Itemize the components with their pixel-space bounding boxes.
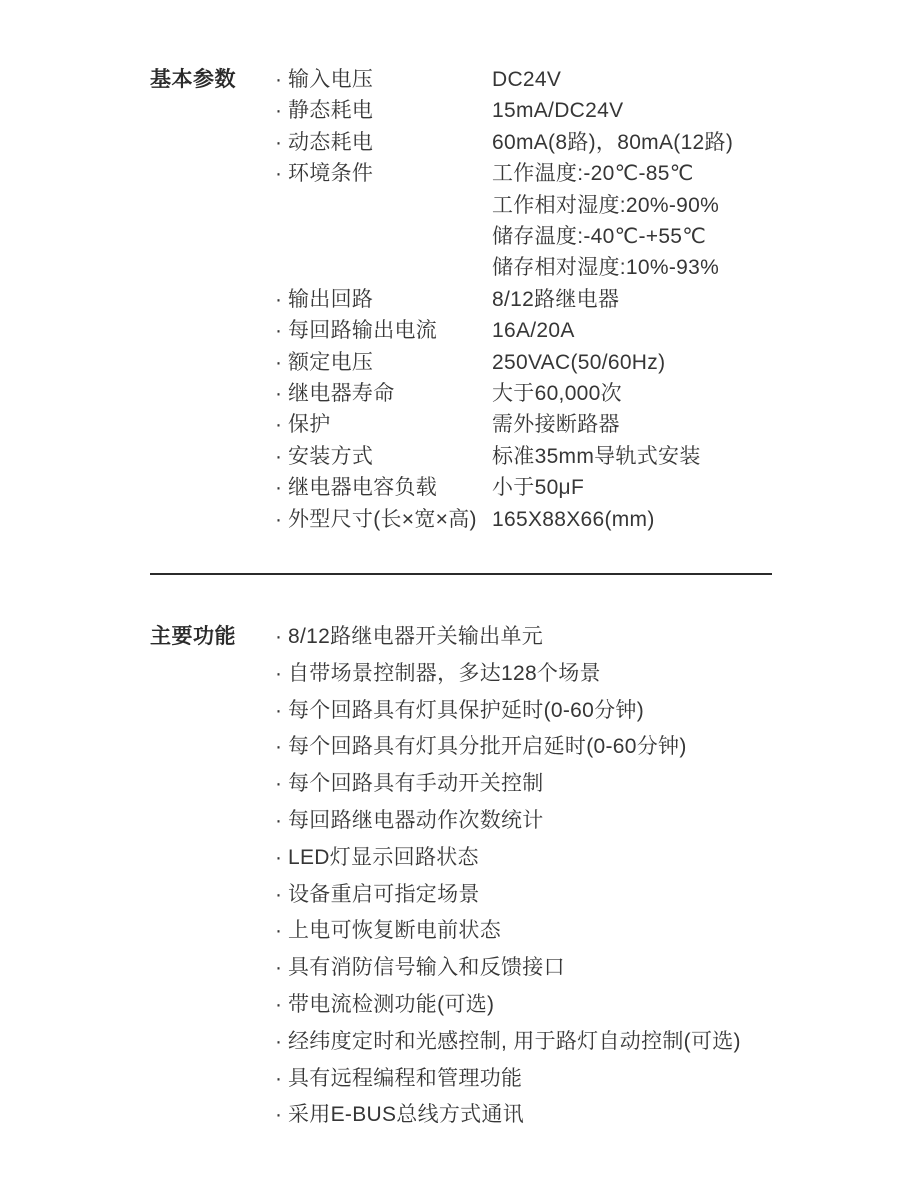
param-label: ·环境条件 <box>275 158 492 189</box>
spec-sheet-page: 基本参数 ·输入电压DC24V·静态耗电15mA/DC24V·动态耗电60mA(… <box>0 0 920 1200</box>
bullet-dot: · <box>275 619 288 656</box>
param-label-text: 动态耗电 <box>288 127 373 158</box>
bullet-dot: · <box>275 656 288 693</box>
feature-text: 带电流检测功能(可选) <box>288 987 494 1024</box>
feature-item: ·经纬度定时和光感控制, 用于路灯自动控制(可选) <box>275 1024 741 1061</box>
section-basic-params: 基本参数 ·输入电压DC24V·静态耗电15mA/DC24V·动态耗电60mA(… <box>150 64 733 535</box>
param-label: ·额定电压 <box>275 347 492 378</box>
feature-text: 具有远程编程和管理功能 <box>288 1061 522 1098</box>
param-label: ·输入电压 <box>275 64 492 95</box>
bullet-dot: · <box>275 1061 288 1098</box>
param-value-line: 标准35mm导轨式安装 <box>492 441 733 472</box>
param-label-text: 环境条件 <box>288 158 373 189</box>
param-value-line: 储存相对湿度:10%-93% <box>492 252 733 283</box>
param-value-line: DC24V <box>492 64 733 95</box>
param-value-line: 工作相对湿度:20%-90% <box>492 190 733 221</box>
param-value: 需外接断路器 <box>492 409 733 440</box>
param-value-line: 小于50μF <box>492 472 733 503</box>
param-row: ·输出回路8/12路继电器 <box>275 284 733 315</box>
bullet-dot: · <box>275 1024 288 1061</box>
bullet-dot: · <box>275 766 288 803</box>
feature-item: ·具有远程编程和管理功能 <box>275 1061 741 1098</box>
main-functions-title: 主要功能 <box>150 619 275 656</box>
param-row: ·动态耗电60mA(8路)，80mA(12路) <box>275 127 733 158</box>
feature-item: ·每个回路具有灯具保护延时(0-60分钟) <box>275 693 741 730</box>
bullet-dot: · <box>275 803 288 840</box>
param-row: ·安装方式标准35mm导轨式安装 <box>275 441 733 472</box>
param-label-text: 输入电压 <box>288 64 373 95</box>
feature-text: 采用E-BUS总线方式通讯 <box>288 1097 524 1134</box>
param-label: ·继电器电容负载 <box>275 472 492 503</box>
bullet-dot: · <box>275 840 288 877</box>
feature-text: LED灯显示回路状态 <box>288 840 479 877</box>
param-label-text: 继电器寿命 <box>288 378 395 409</box>
param-label: ·保护 <box>275 409 492 440</box>
bullet-dot: · <box>275 472 288 503</box>
section-divider <box>150 573 772 575</box>
param-label: ·每回路输出电流 <box>275 315 492 346</box>
param-value-line: 大于60,000次 <box>492 378 733 409</box>
basic-params-title: 基本参数 <box>150 64 275 95</box>
param-value: 工作温度:-20℃-85℃工作相对湿度:20%-90%储存温度:-40℃-+55… <box>492 158 733 284</box>
param-value: 大于60,000次 <box>492 378 733 409</box>
param-label-text: 安装方式 <box>288 441 373 472</box>
bullet-dot: · <box>275 378 288 409</box>
param-label: ·静态耗电 <box>275 95 492 126</box>
param-value: DC24V <box>492 64 733 95</box>
feature-item: ·带电流检测功能(可选) <box>275 987 741 1024</box>
param-value-line: 250VAC(50/60Hz) <box>492 347 733 378</box>
param-table: ·输入电压DC24V·静态耗电15mA/DC24V·动态耗电60mA(8路)，8… <box>275 64 733 535</box>
feature-item: ·每个回路具有手动开关控制 <box>275 766 741 803</box>
param-label-text: 外型尺寸(长×宽×高) <box>288 504 477 535</box>
param-row: ·继电器寿命大于60,000次 <box>275 378 733 409</box>
feature-list: ·8/12路继电器开关输出单元·自带场景控制器，多达128个场景·每个回路具有灯… <box>275 619 741 1134</box>
param-value-line: 165X88X66(mm) <box>492 504 733 535</box>
feature-text: 每个回路具有灯具分批开启延时(0-60分钟) <box>288 729 687 766</box>
bullet-dot: · <box>275 913 288 950</box>
param-label-text: 输出回路 <box>288 284 373 315</box>
bullet-dot: · <box>275 95 288 126</box>
feature-item: ·具有消防信号输入和反馈接口 <box>275 950 741 987</box>
param-value: 16A/20A <box>492 315 733 346</box>
bullet-dot: · <box>275 315 288 346</box>
section-main-functions: 主要功能 ·8/12路继电器开关输出单元·自带场景控制器，多达128个场景·每个… <box>150 619 741 1134</box>
feature-item: ·每回路继电器动作次数统计 <box>275 803 741 840</box>
bullet-dot: · <box>275 409 288 440</box>
feature-text: 每个回路具有手动开关控制 <box>288 766 544 803</box>
param-value-line: 15mA/DC24V <box>492 95 733 126</box>
bullet-dot: · <box>275 729 288 766</box>
bullet-dot: · <box>275 284 288 315</box>
param-label-text: 额定电压 <box>288 347 373 378</box>
feature-item: ·设备重启可指定场景 <box>275 877 741 914</box>
param-label: ·动态耗电 <box>275 127 492 158</box>
bullet-dot: · <box>275 347 288 378</box>
param-value-line: 16A/20A <box>492 315 733 346</box>
param-value-line: 储存温度:-40℃-+55℃ <box>492 221 733 252</box>
param-row: ·输入电压DC24V <box>275 64 733 95</box>
param-value-line: 60mA(8路)，80mA(12路) <box>492 127 733 158</box>
param-label: ·外型尺寸(长×宽×高) <box>275 504 492 535</box>
bullet-dot: · <box>275 877 288 914</box>
param-value-line: 8/12路继电器 <box>492 284 733 315</box>
param-row: ·额定电压250VAC(50/60Hz) <box>275 347 733 378</box>
feature-text: 设备重启可指定场景 <box>288 877 480 914</box>
param-row: ·外型尺寸(长×宽×高)165X88X66(mm) <box>275 504 733 535</box>
param-value-line: 需外接断路器 <box>492 409 733 440</box>
feature-text: 自带场景控制器，多达128个场景 <box>288 656 601 693</box>
bullet-dot: · <box>275 158 288 189</box>
param-value: 标准35mm导轨式安装 <box>492 441 733 472</box>
feature-text: 8/12路继电器开关输出单元 <box>288 619 543 656</box>
feature-text: 上电可恢复断电前状态 <box>288 913 501 950</box>
bullet-dot: · <box>275 441 288 472</box>
param-label: ·输出回路 <box>275 284 492 315</box>
bullet-dot: · <box>275 693 288 730</box>
param-row: ·环境条件工作温度:-20℃-85℃工作相对湿度:20%-90%储存温度:-40… <box>275 158 733 284</box>
feature-text: 经纬度定时和光感控制, 用于路灯自动控制(可选) <box>288 1024 741 1061</box>
param-label-text: 每回路输出电流 <box>288 315 437 346</box>
param-label-text: 保护 <box>288 409 331 440</box>
param-value: 小于50μF <box>492 472 733 503</box>
feature-item: ·LED灯显示回路状态 <box>275 840 741 877</box>
param-label-text: 静态耗电 <box>288 95 373 126</box>
param-row: ·保护需外接断路器 <box>275 409 733 440</box>
feature-item: ·自带场景控制器，多达128个场景 <box>275 656 741 693</box>
feature-item: ·每个回路具有灯具分批开启延时(0-60分钟) <box>275 729 741 766</box>
param-label: ·继电器寿命 <box>275 378 492 409</box>
param-row: ·继电器电容负载小于50μF <box>275 472 733 503</box>
bullet-dot: · <box>275 987 288 1024</box>
bullet-dot: · <box>275 950 288 987</box>
feature-item: ·8/12路继电器开关输出单元 <box>275 619 741 656</box>
param-value: 60mA(8路)，80mA(12路) <box>492 127 733 158</box>
param-row: ·静态耗电15mA/DC24V <box>275 95 733 126</box>
param-value: 250VAC(50/60Hz) <box>492 347 733 378</box>
feature-text: 每回路继电器动作次数统计 <box>288 803 544 840</box>
param-value: 165X88X66(mm) <box>492 504 733 535</box>
param-value: 15mA/DC24V <box>492 95 733 126</box>
param-label: ·安装方式 <box>275 441 492 472</box>
feature-text: 具有消防信号输入和反馈接口 <box>288 950 565 987</box>
bullet-dot: · <box>275 1097 288 1134</box>
param-label-text: 继电器电容负载 <box>288 472 437 503</box>
bullet-dot: · <box>275 64 288 95</box>
bullet-dot: · <box>275 127 288 158</box>
feature-text: 每个回路具有灯具保护延时(0-60分钟) <box>288 693 644 730</box>
bullet-dot: · <box>275 504 288 535</box>
param-value: 8/12路继电器 <box>492 284 733 315</box>
feature-item: ·采用E-BUS总线方式通讯 <box>275 1097 741 1134</box>
param-row: ·每回路输出电流16A/20A <box>275 315 733 346</box>
param-value-line: 工作温度:-20℃-85℃ <box>492 158 733 189</box>
feature-item: ·上电可恢复断电前状态 <box>275 913 741 950</box>
